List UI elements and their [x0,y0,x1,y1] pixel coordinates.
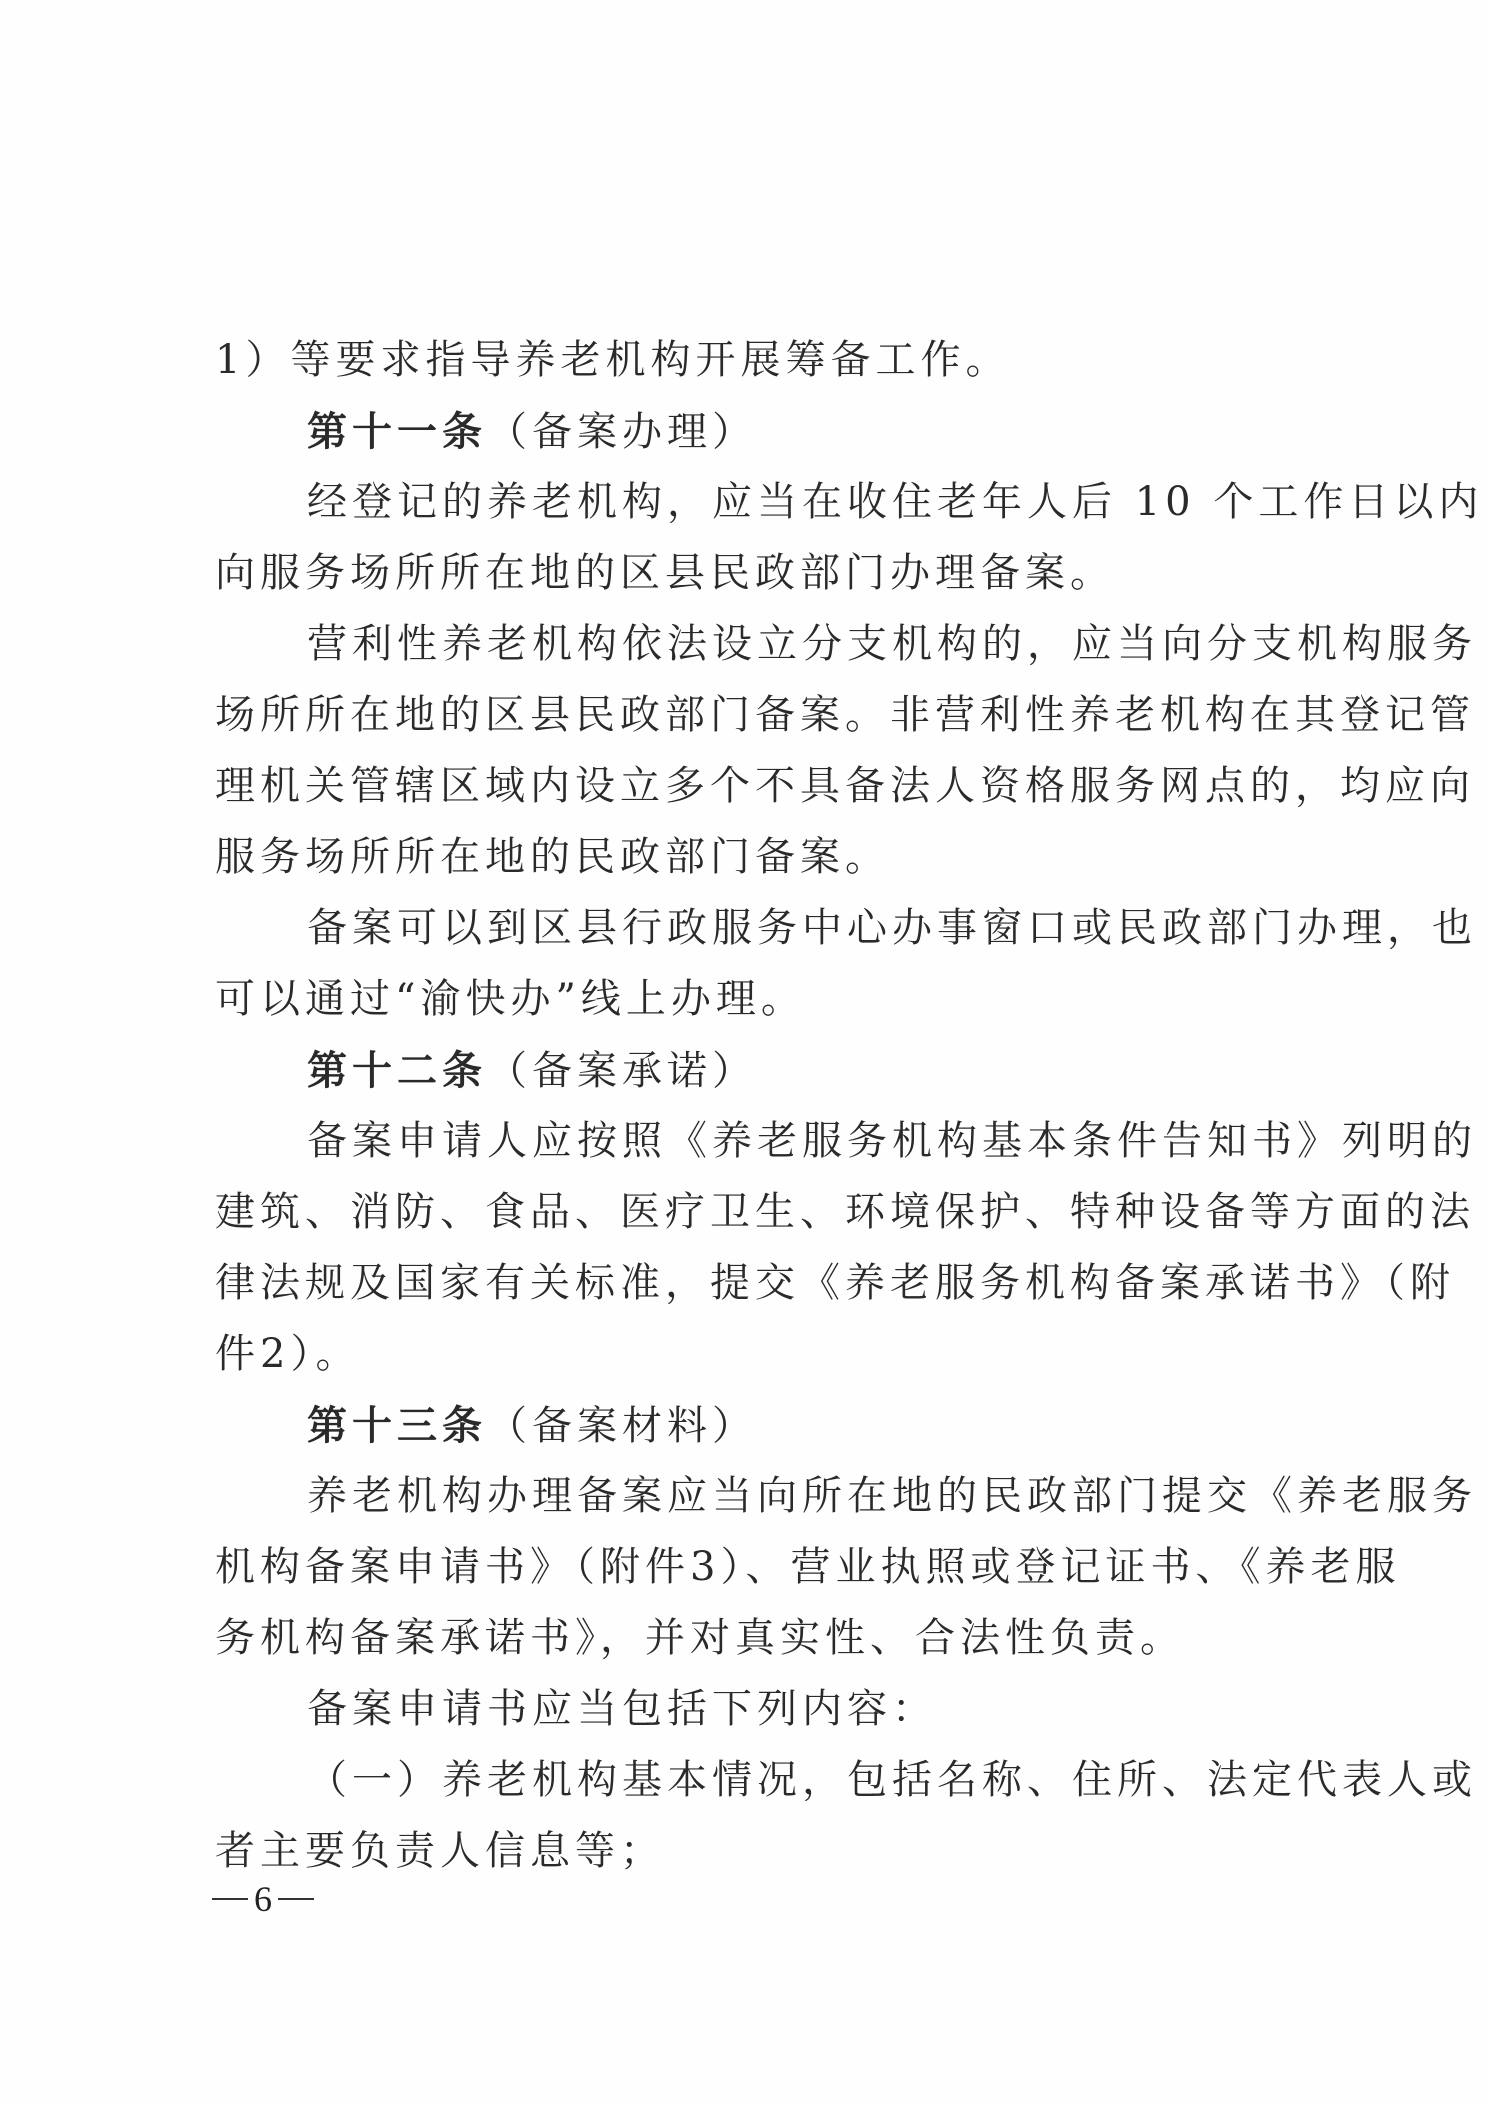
article-number: 第十二条 [307,1047,487,1094]
paragraph-line: 理机关管辖区域内设立多个不具备法人资格服务网点的，均应向 [215,751,1277,822]
paragraph-line: 营利性养老机构依法设立分支机构的，应当向分支机构服务 [215,609,1277,680]
body-text: 1）等要求指导养老机构开展筹备工作。 第十一条（备案办理） 经登记的养老机构，应… [215,325,1277,1887]
document-page: 1）等要求指导养老机构开展筹备工作。 第十一条（备案办理） 经登记的养老机构，应… [0,0,1488,2104]
paragraph-line: 备案申请书应当包括下列内容： [215,1674,1277,1745]
paragraph-line: 场所所在地的区县民政部门备案。非营利性养老机构在其登记管 [215,680,1277,751]
dash-right [278,1898,314,1900]
paragraph-line: 备案申请人应按照《养老服务机构基本条件告知书》列明的 [215,1106,1277,1177]
article-title: （备案承诺） [487,1048,757,1094]
paragraph-line: 机构备案申请书》（附件3）、营业执照或登记证书、《养老服 [215,1532,1277,1603]
article-heading-12: 第十二条（备案承诺） [215,1035,1277,1106]
paragraph-line: 可以通过“渝快办”线上办理。 [215,964,1277,1035]
article-number: 第十三条 [307,1402,487,1449]
article-title: （备案办理） [487,409,757,455]
paragraph-line: 经登记的养老机构，应当在收住老年人后 10 个工作日以内 [215,467,1277,538]
paragraph-line: 养老机构办理备案应当向所在地的民政部门提交《养老服务 [215,1461,1277,1532]
paragraph-line: 备案可以到区县行政服务中心办事窗口或民政部门办理，也 [215,893,1277,964]
paragraph-line: 件2）。 [215,1319,1277,1390]
page-number-value: 6 [254,1878,272,1920]
article-heading-13: 第十三条（备案材料） [215,1390,1277,1461]
paragraph-line: 律法规及国家有关标准，提交《养老服务机构备案承诺书》（附 [215,1248,1277,1319]
dash-left [212,1898,248,1900]
paragraph-line: 建筑、消防、食品、医疗卫生、环境保护、特种设备等方面的法 [215,1177,1277,1248]
paragraph-line: （一）养老机构基本情况，包括名称、住所、法定代表人或 [215,1745,1277,1816]
paragraph-line: 务机构备案承诺书》，并对真实性、合法性负责。 [215,1603,1277,1674]
paragraph-line: 1）等要求指导养老机构开展筹备工作。 [215,325,1277,396]
article-title: （备案材料） [487,1403,757,1449]
paragraph-line: 向服务场所所在地的区县民政部门办理备案。 [215,538,1277,609]
paragraph-line: 服务场所所在地的民政部门备案。 [215,822,1277,893]
paragraph-line: 者主要负责人信息等； [215,1816,1277,1887]
article-number: 第十一条 [307,408,487,455]
article-heading-11: 第十一条（备案办理） [215,396,1277,467]
page-number: 6 [212,1878,314,1920]
